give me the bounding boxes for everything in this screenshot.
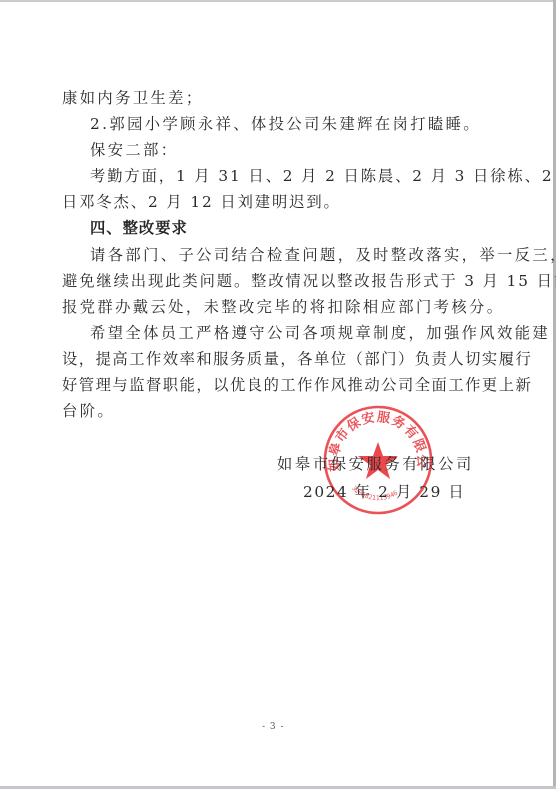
body-line-3: 保安二部： bbox=[90, 140, 179, 160]
paragraph-line-1: 请各部门、子公司结合检查问题，及时整改落实，举一反三， bbox=[90, 245, 556, 265]
body-line-1: 康如内务卫生差； bbox=[62, 88, 204, 108]
body-line-5: 日邓冬杰、2 月 12 日刘建明迟到。 bbox=[62, 192, 341, 212]
section-heading: 四、整改要求 bbox=[90, 218, 188, 238]
body-line-2: 2.郭园小学顾永祥、体投公司朱建辉在岗打瞌睡。 bbox=[90, 114, 481, 134]
paragraph-line-4: 希望全体员工严格遵守公司各项规章制度，加强作风效能建 bbox=[90, 323, 550, 343]
signature-organization: 如皋市保安服务有限公司 bbox=[277, 452, 474, 474]
paragraph-line-7: 台阶。 bbox=[62, 401, 115, 421]
document-page: 康如内务卫生差； 2.郭园小学顾永祥、体投公司朱建辉在岗打瞌睡。 保安二部： 考… bbox=[0, 0, 553, 786]
signature-date: 2024 年 2 月 29 日 bbox=[303, 480, 465, 502]
paragraph-line-5: 设，提高工作效率和服务质量，各单位（部门）负责人切实履行 bbox=[62, 349, 532, 369]
paragraph-line-3: 报党群办戴云处，未整改完毕的将扣除相应部门考核分。 bbox=[62, 297, 504, 317]
body-line-4: 考勤方面，1 月 31 日、2 月 2 日陈晨、2 月 3 日徐栋、2 月 5 bbox=[90, 166, 556, 186]
paragraph-line-6: 好管理与监督职能，以优良的工作作风推动公司全面工作更上新 bbox=[62, 375, 532, 395]
page-number: - 3 - bbox=[262, 722, 285, 732]
paragraph-line-2: 避免继续出现此类问题。整改情况以整改报告形式于 3 月 15 日前 bbox=[62, 271, 556, 291]
